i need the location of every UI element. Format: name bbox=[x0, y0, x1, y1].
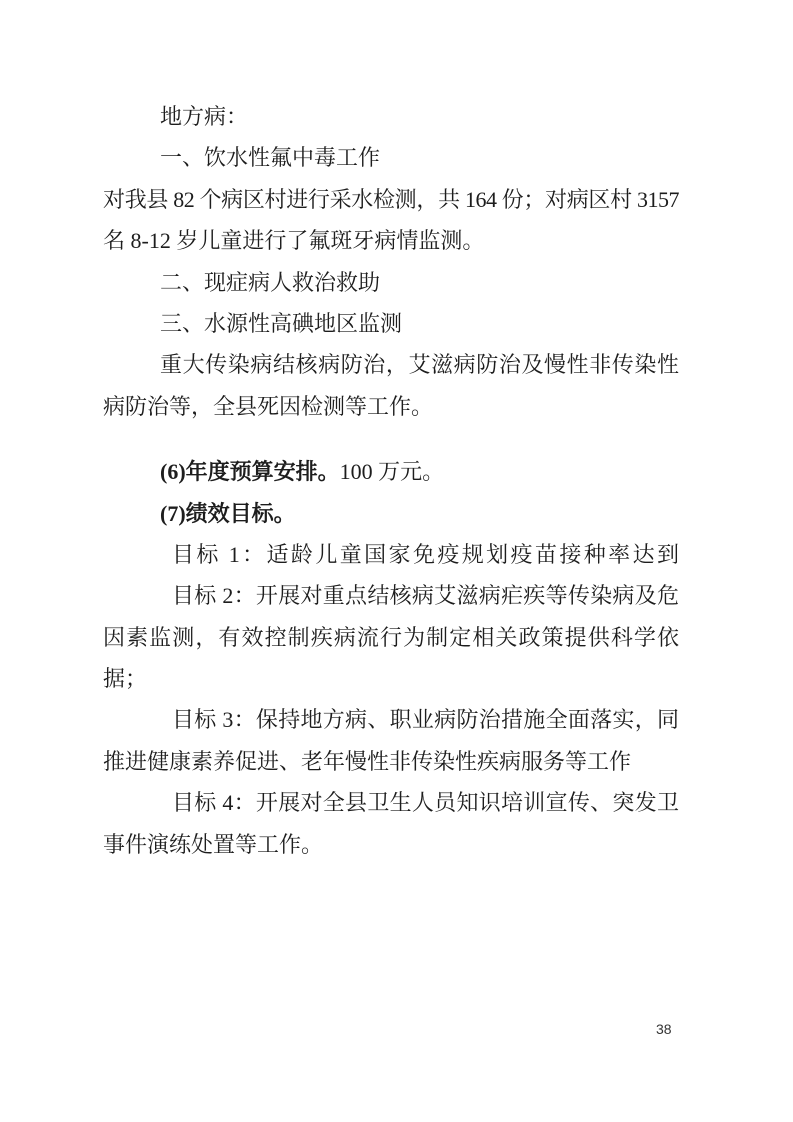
line-annual-budget: (6)年度预算安排。100 万元。 bbox=[103, 451, 679, 492]
line-item-two-patient-relief: 二、现症病人救治救助 bbox=[103, 262, 679, 303]
document-body: 地方病： 一、饮水性氟中毒工作 对我县 82 个病区村进行采水检测，共 164 … bbox=[103, 96, 679, 865]
performance-goals-heading-text: (7)绩效目标。 bbox=[160, 501, 296, 526]
line-goal-3-a: 目标 3：保持地方病、职业病防治措施全面落实，同时 bbox=[103, 699, 679, 740]
page-number: 38 bbox=[656, 1021, 672, 1037]
line-major-infectious-1: 重大传染病结核病防治，艾滋病防治及慢性非传染性疾 bbox=[103, 344, 679, 385]
line-goal-2-c: 据； bbox=[103, 658, 679, 699]
annual-budget-amount: 100 万元。 bbox=[340, 459, 445, 484]
line-performance-goals-heading: (7)绩效目标。 bbox=[103, 493, 679, 534]
line-goal-1: 目标 1：适龄儿童国家免疫规划疫苗接种率达到≧90%； bbox=[103, 534, 679, 575]
line-item-one-fluorosis: 一、饮水性氟中毒工作 bbox=[103, 137, 679, 178]
annual-budget-heading: (6)年度预算安排。 bbox=[160, 459, 340, 484]
line-goal-2-b: 因素监测，有效控制疾病流行为制定相关政策提供科学依 bbox=[103, 617, 679, 658]
line-item-three-iodine-monitoring: 三、水源性高碘地区监测 bbox=[103, 303, 679, 344]
line-endemic-disease-heading: 地方病： bbox=[103, 96, 679, 137]
line-major-infectious-2: 病防治等，全县死因检测等工作。 bbox=[103, 386, 679, 427]
line-fluorosis-detail-2: 名 8-12 岁儿童进行了氟斑牙病情监测。 bbox=[103, 220, 679, 261]
line-goal-3-b: 推进健康素养促进、老年慢性非传染性疾病服务等工作 bbox=[103, 741, 679, 782]
line-fluorosis-detail-1: 对我县 82 个病区村进行采水检测，共 164 份；对病区村 3157 bbox=[103, 179, 679, 220]
line-goal-2-a: 目标 2：开展对重点结核病艾滋病疟疾等传染病及危害 bbox=[103, 575, 679, 616]
line-goal-4-b: 事件演练处置等工作。 bbox=[103, 824, 679, 865]
line-goal-4-a: 目标 4：开展对全县卫生人员知识培训宣传、突发卫生 bbox=[103, 782, 679, 823]
